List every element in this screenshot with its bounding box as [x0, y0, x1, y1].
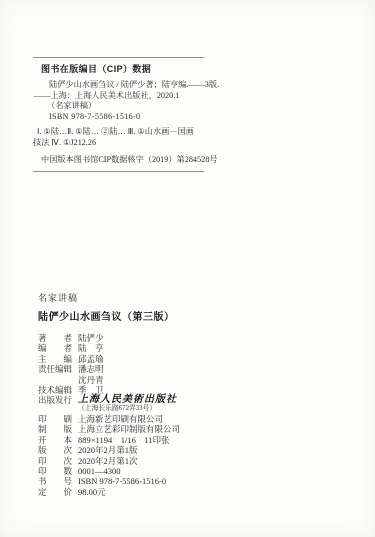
cip-description: 陆俨少山水画刍议 / 陆俨少著；陆亨编.——3版. ——上海：上海人民美术出版社…	[33, 80, 204, 122]
cip-data-box: 图书在版编目（CIP）数据 陆俨少山水画刍议 / 陆俨少著；陆亨编.——3版. …	[33, 57, 204, 172]
row-value: 2020年2月第1次	[78, 456, 338, 466]
cip-title-line: 陆俨少山水画刍议 / 陆俨少著；陆亨编.——3版.	[33, 80, 204, 91]
colophon-rows: 著 者陆俨少编 者陆 亨主 编邱孟瑜责任编辑潘志明沈丹青技术编辑季 卫出版发行上…	[38, 333, 338, 497]
publisher-address: （上海长乐路672弄33号）	[78, 405, 338, 414]
row-label: 编 者	[38, 343, 78, 353]
copyright-page: { "cip": { "heading": "图书在版编目（CIP）数据", "…	[0, 0, 375, 537]
colophon: 名家讲稿 陆俨少山水画刍议（第三版） 著 者陆俨少编 者陆 亨主 编邱孟瑜责任编…	[38, 291, 338, 497]
colophon-row: 编 者陆 亨	[38, 343, 338, 353]
row-label: 定 价	[38, 487, 78, 497]
cip-isbn-line: ISBN 978-7-5586-1516-0	[33, 112, 204, 123]
cip-heading: 图书在版编目（CIP）数据	[41, 62, 204, 75]
row-label: 版 次	[38, 445, 78, 455]
row-label: 书 号	[38, 476, 78, 486]
colophon-row: 制 版上海立艺彩印制版有限公司	[38, 424, 338, 434]
row-label: 开 本	[38, 435, 78, 445]
row-value: 潘志明	[78, 364, 338, 374]
row-label: 技术编辑	[38, 385, 78, 395]
row-value: 98.00元	[78, 487, 338, 497]
row-value: 2020年2月第1版	[78, 445, 338, 455]
row-label: 制 版	[38, 424, 78, 434]
row-value: 邱孟瑜	[78, 354, 338, 364]
colophon-row: 印 数0001—4300	[38, 466, 338, 476]
colophon-row: 版 次2020年2月第1版	[38, 445, 338, 455]
cip-registry-number: 中国版本图书馆CIP数据核字（2019）第284528号	[33, 154, 204, 165]
cip-class-line: Ⅰ. ①陆…Ⅱ. ①陆… ②陆… Ⅲ. ①山水画－国画	[33, 127, 204, 138]
colophon-row: 出版发行上海人民美術出版社（上海长乐路672弄33号）	[38, 395, 338, 414]
row-value: 陆俨少	[78, 333, 338, 343]
cip-classification: Ⅰ. ①陆…Ⅱ. ①陆… ②陆… Ⅲ. ①山水画－国画 技法 Ⅳ. ①J212.…	[33, 127, 204, 148]
colophon-row: 责任编辑潘志明	[38, 364, 338, 374]
row-value: 上海立艺彩印制版有限公司	[78, 424, 338, 434]
row-label: 责任编辑	[38, 364, 78, 374]
cip-publisher-line: ——上海：上海人民美术出版社，2020.1	[33, 91, 204, 102]
colophon-row: 主 编邱孟瑜	[38, 354, 338, 364]
cip-series-line: （名家讲稿）	[33, 101, 204, 112]
row-label: 印 数	[38, 466, 78, 476]
row-value: 沈丹青	[78, 375, 338, 385]
row-label: 印 次	[38, 456, 78, 466]
colophon-row: 印 次2020年2月第1次	[38, 456, 338, 466]
book-title: 陆俨少山水画刍议（第三版）	[38, 308, 338, 323]
colophon-row: 书 号ISBN 978-7-5586-1516-0	[38, 476, 338, 486]
colophon-row: 沈丹青	[38, 375, 338, 385]
colophon-row: 开 本889×1194 1/16 11印张	[38, 435, 338, 445]
colophon-row: 定 价98.00元	[38, 487, 338, 497]
row-value: 0001—4300	[78, 466, 338, 476]
row-value: 陆 亨	[78, 343, 338, 353]
row-label: 主 编	[38, 354, 78, 364]
cip-class-line: 技法 Ⅳ. ①J212.26	[33, 138, 204, 149]
row-label: 著 者	[38, 333, 78, 343]
series-name: 名家讲稿	[38, 291, 338, 304]
row-value: ISBN 978-7-5586-1516-0	[78, 476, 338, 486]
row-label: 出版发行	[38, 395, 78, 405]
publisher-logo-text: 上海人民美術出版社	[78, 395, 338, 405]
row-value: 889×1194 1/16 11印张	[78, 435, 338, 445]
colophon-row: 著 者陆俨少	[38, 333, 338, 343]
row-value: 上海新艺印刷有限公司	[78, 414, 338, 424]
row-label: 印 刷	[38, 414, 78, 424]
colophon-row: 印 刷上海新艺印刷有限公司	[38, 414, 338, 424]
